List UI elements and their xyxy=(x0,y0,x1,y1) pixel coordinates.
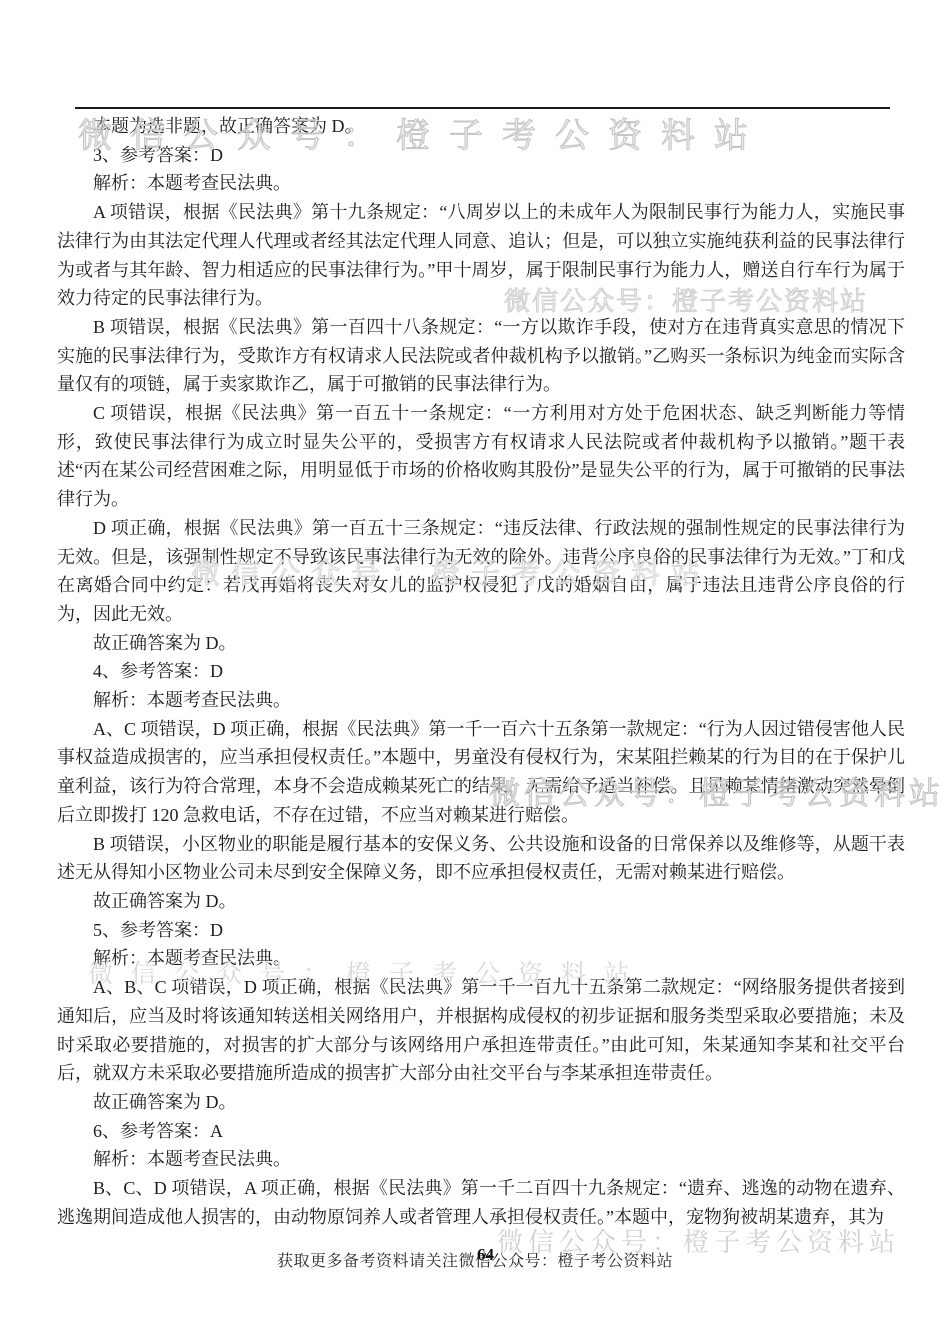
q4-conclusion: 故正确答案为 D。 xyxy=(57,887,905,916)
q6-answer-line: 6、参考答案：A xyxy=(57,1117,905,1146)
q3-option-c-paragraph: C 项错误，根据《民法典》第一百五十一条规定：“一方利用对方处于危困状态、缺乏判… xyxy=(57,399,905,514)
paragraph-intro: 本题为选非题，故正确答案为 D。 xyxy=(57,112,905,141)
page-number: 64 xyxy=(477,1245,494,1265)
q3-answer-line: 3、参考答案：D xyxy=(57,141,905,170)
q4-analysis-label: 解析：本题考查民法典。 xyxy=(57,686,905,715)
q3-conclusion: 故正确答案为 D。 xyxy=(57,629,905,658)
q4-option-b-paragraph: B 项错误，小区物业的职能是履行基本的安保义务、公共设施和设备的日常保养以及维修… xyxy=(57,830,905,887)
header-divider xyxy=(75,107,890,109)
q5-conclusion: 故正确答案为 D。 xyxy=(57,1088,905,1117)
q5-answer-line: 5、参考答案：D xyxy=(57,916,905,945)
q3-option-a-paragraph: A 项错误，根据《民法典》第十九条规定：“八周岁以上的未成年人为限制民事行为能力… xyxy=(57,198,905,313)
q6-options-paragraph: B、C、D 项错误，A 项正确，根据《民法典》第一千二百四十九条规定：“遗弃、逃… xyxy=(57,1174,905,1231)
document-page: 微信公众号：橙子考公资料站 微信公众号：橙子考公资料站 微信公众号：橙子考公资料… xyxy=(0,0,950,1344)
q6-analysis-label: 解析：本题考查民法典。 xyxy=(57,1145,905,1174)
document-body: 本题为选非题，故正确答案为 D。 3、参考答案：D 解析：本题考查民法典。 A … xyxy=(57,112,905,1231)
q3-option-b-paragraph: B 项错误，根据《民法典》第一百四十八条规定：“一方以欺诈手段，使对方在违背真实… xyxy=(57,313,905,399)
q5-analysis-label: 解析：本题考查民法典。 xyxy=(57,944,905,973)
q3-analysis-label: 解析：本题考查民法典。 xyxy=(57,169,905,198)
q4-answer-line: 4、参考答案：D xyxy=(57,657,905,686)
footer-note: 获取更多备考资料请关注微信公众号：橙子考公资料站 xyxy=(0,1248,950,1271)
q4-options-acd-paragraph: A、C 项错误，D 项正确，根据《民法典》第一千一百六十五条第一款规定：“行为人… xyxy=(57,715,905,830)
q3-option-d-paragraph: D 项正确，根据《民法典》第一百五十三条规定：“违反法律、行政法规的强制性规定的… xyxy=(57,514,905,629)
q5-options-paragraph: A、B、C 项错误，D 项正确，根据《民法典》第一千一百九十五条第二款规定：“网… xyxy=(57,973,905,1088)
